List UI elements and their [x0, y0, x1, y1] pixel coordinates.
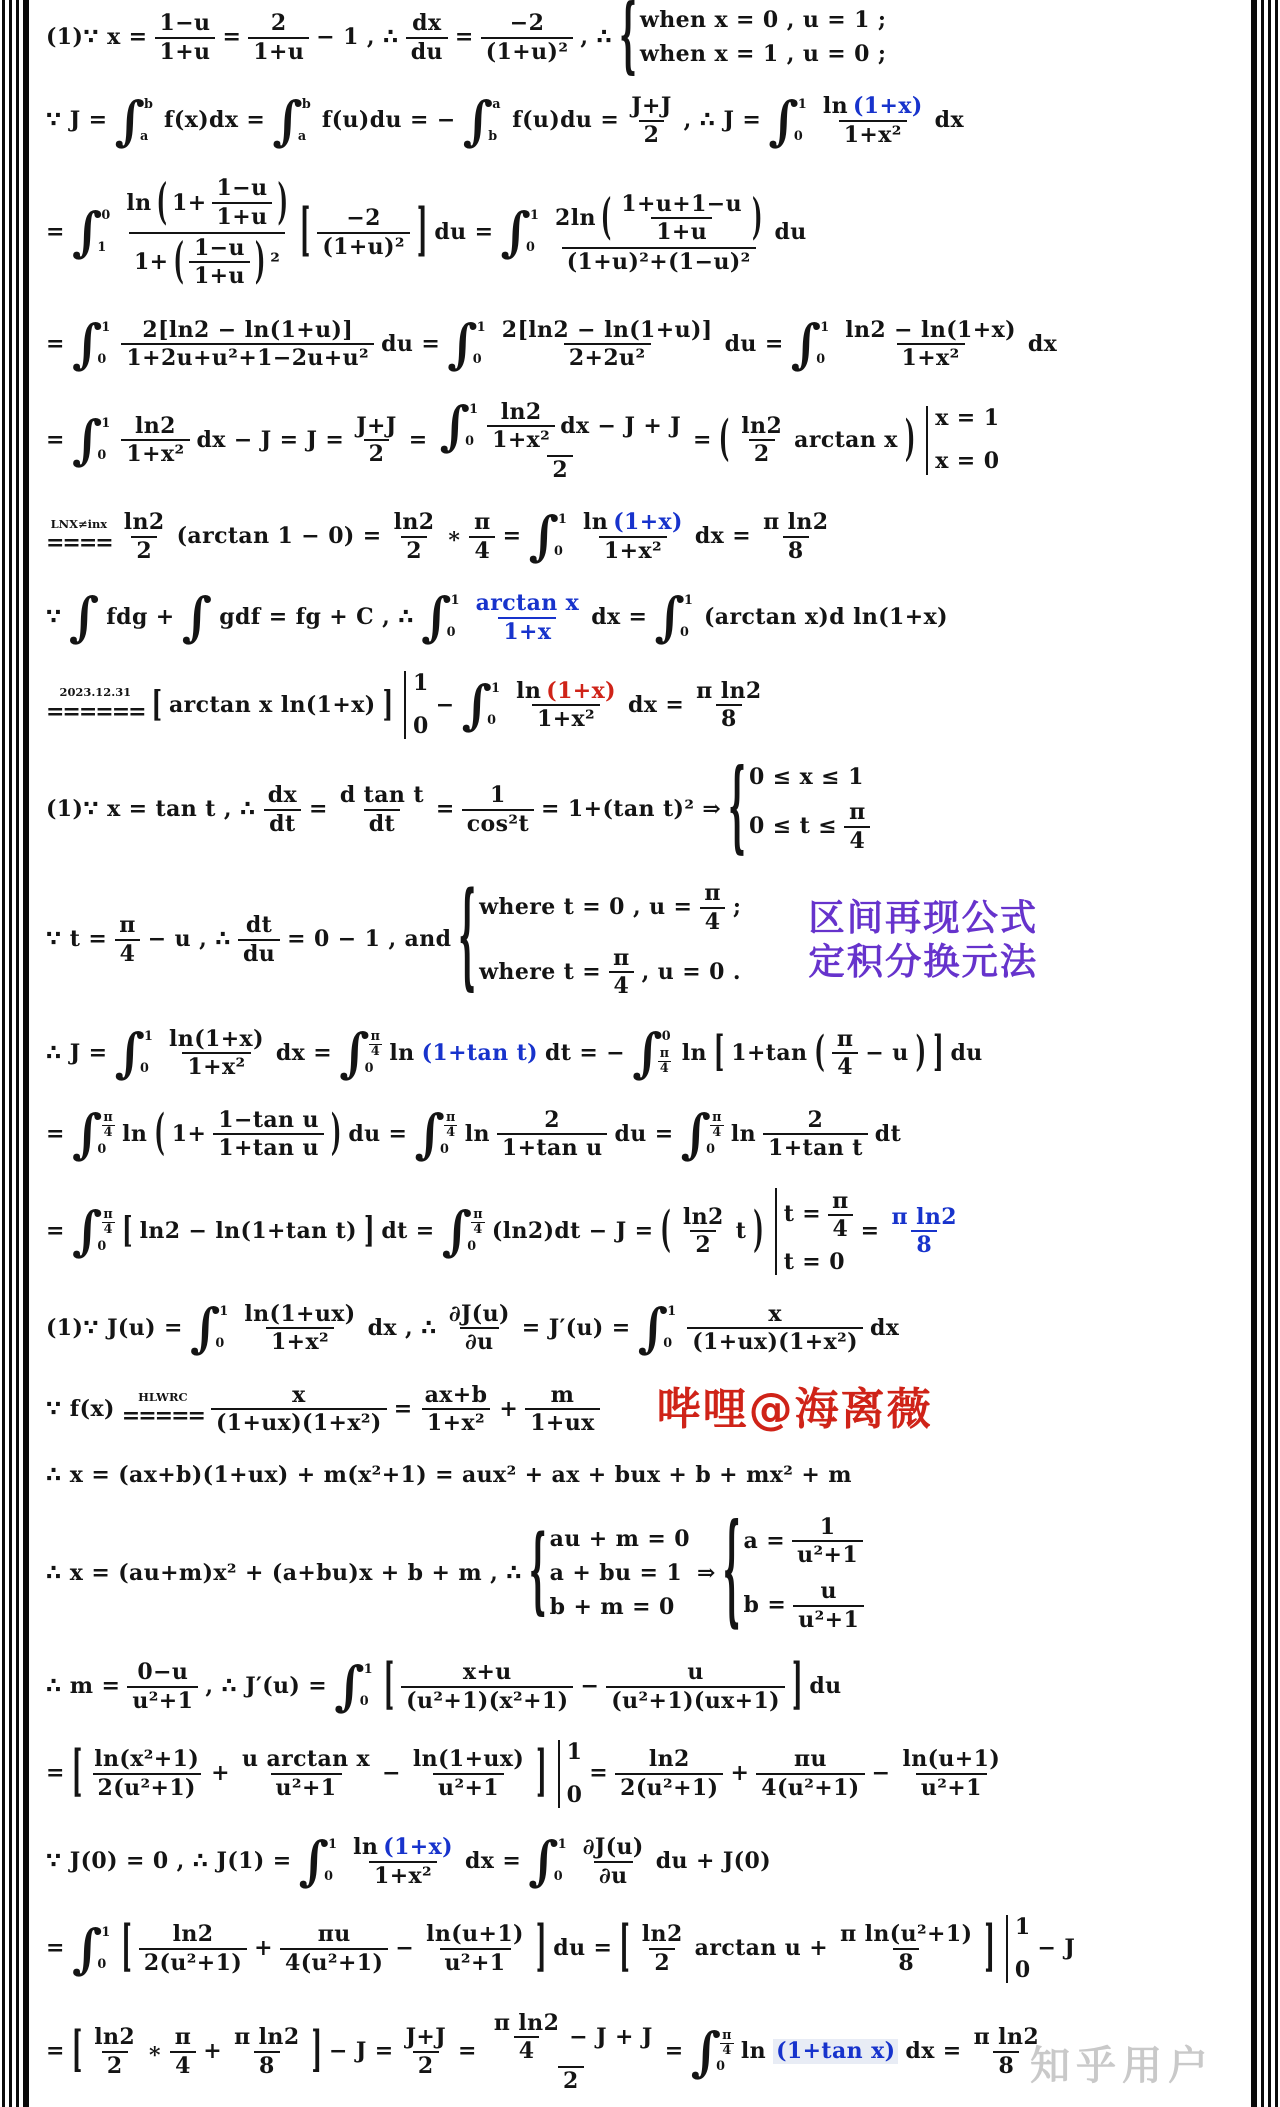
math-text: π [446, 1111, 456, 1125]
fraction: π4 [658, 1047, 672, 1077]
numerator: 2 [266, 10, 292, 37]
integral-limits: 10 [101, 416, 114, 465]
math-text: = [222, 25, 241, 50]
fraction: π4 [608, 945, 635, 1000]
math-text: 4 [660, 1062, 669, 1076]
math-text: 4 [519, 2039, 535, 2064]
math-text: 4 [712, 1126, 721, 1140]
math-text: arctan x ln(1+x) [169, 693, 376, 718]
math-text: = [46, 1122, 65, 1147]
math-text: f(u)du = − [322, 108, 456, 133]
math-text: 2 [754, 442, 770, 467]
math-text: , ∴ [580, 25, 612, 50]
math-text: = [436, 797, 455, 822]
math-text: ln2 − ln(1+tan t) [140, 1219, 357, 1244]
lower-limit: 0 [440, 1143, 449, 1158]
numerator: ∫10ln21+x²dx − J + J [435, 398, 687, 455]
fraction: arctan x1+x [471, 590, 585, 645]
math-text: ln(u+1) [902, 1747, 1000, 1772]
denominator: (u²+1)(ux+1) [606, 1686, 785, 1715]
math-text: 0 [365, 1061, 374, 1076]
math-text: + [211, 1761, 230, 1786]
denominator: 4 [609, 971, 635, 1000]
math-text: 1+x² [537, 707, 595, 732]
numerator: ln(u+1) [421, 1921, 529, 1948]
math-text: 4 [175, 2054, 191, 2079]
integral-limits: 10 [530, 208, 543, 257]
math-line-6: LNX≠inx====ln22(arctan 1 − 0) =ln22∗π4=∫… [46, 509, 1232, 564]
math-text: 2+2u² [569, 346, 646, 371]
math-text: ln2 [649, 1747, 690, 1772]
integral: ∫10 [72, 320, 115, 369]
integral-limits: 10 [558, 512, 571, 561]
integral: ∫10 [791, 320, 834, 369]
text-stack-row: 区间再现公式 [808, 896, 1038, 940]
math-text: 0 [706, 1142, 715, 1157]
denominator: 1+(1−u1+u)² [129, 232, 285, 291]
math-text: (1+u)² [486, 40, 569, 65]
math-text: = [394, 1397, 413, 1422]
denominator: du [238, 939, 280, 968]
denominator: 1+tan u [213, 1133, 324, 1162]
math-text: fdg + [106, 605, 174, 630]
math-text: 1 [1015, 1915, 1031, 1940]
numerator: π [827, 1188, 854, 1215]
math-text: f(x)dx = [164, 108, 265, 133]
big-delimiter: ( [601, 191, 611, 245]
math-text: a [140, 129, 149, 144]
math-text: ln [465, 1122, 490, 1147]
denominator: 4 [720, 2043, 733, 2058]
math-text: (1+x) [613, 510, 683, 535]
upper-limit: 1 [477, 321, 486, 336]
math-line-19: =[ln(x²+1)2(u²+1)+u arctan xu²+1−ln(1+ux… [46, 1740, 1232, 1808]
cases-rows: where t = 0 , u =π4;where t =π4, u = 0 . [479, 880, 741, 1000]
upper-limit: 1 [328, 1838, 337, 1853]
lower-limit: 0 [360, 1695, 369, 1710]
fraction: π4 [101, 1111, 115, 1141]
lower-limit: 0 [716, 2060, 725, 2075]
numerator: π ln2 [758, 509, 833, 536]
math-text: 8 [788, 539, 804, 564]
math-text: π [175, 2025, 192, 2050]
math-text: 1+x² [492, 428, 550, 453]
denominator: u²+1 [916, 1773, 987, 1802]
integral: ∫10 [528, 512, 571, 561]
upper-limit: 1 [530, 209, 539, 224]
lower-limit: 0 [473, 353, 482, 368]
numerator: 2 [539, 1107, 565, 1134]
left-brace-icon: { [723, 1504, 741, 1643]
numerator: J+J [401, 2024, 451, 2051]
math-text: π ln2 [892, 1205, 957, 1230]
fraction: π4 [720, 2029, 734, 2059]
integral: ∫π40 [72, 1207, 115, 1256]
fraction: 0−uu²+1 [127, 1659, 198, 1714]
math-text: 1 [144, 1029, 153, 1044]
big-delimiter: ( [719, 413, 729, 469]
math-text: 1+tan [731, 1041, 807, 1066]
vertical-bar [404, 671, 406, 739]
eval-lower: x = 0 [935, 449, 999, 474]
math-text: 2(u²+1) [144, 1951, 242, 1976]
numerator: ln(1+ux) [239, 1301, 360, 1328]
upper-limit: 1 [491, 682, 500, 697]
fraction: x(1+ux)(1+x²) [211, 1382, 387, 1437]
math-text: ∗ [446, 524, 462, 549]
upper-limit: π4 [471, 1208, 485, 1238]
math-text: 1+2u+u²+1−2u+u² [126, 346, 369, 371]
fraction: ∂J(u)∂u [444, 1301, 515, 1356]
math-text: du = [725, 332, 784, 357]
math-text: 1 [451, 593, 460, 608]
math-text: π [103, 1208, 113, 1222]
math-text: du + J(0) [656, 1849, 771, 1874]
math-text: πu [318, 1922, 351, 1947]
numerator: π [101, 1208, 115, 1222]
fraction: ln22 [119, 509, 170, 564]
fraction: π ln24 [489, 2010, 564, 2065]
integral-limits: 10 [820, 320, 833, 369]
eval-limits: 10 [1015, 1915, 1031, 1983]
integral: ∫10 [638, 1304, 681, 1353]
fraction: 21+u [248, 10, 309, 65]
fraction: J+J2 [351, 413, 401, 468]
math-text: 2[ln2 − ln(1+u)] [142, 318, 353, 343]
integral: ∫π40 [339, 1029, 382, 1078]
denominator: ∂u [594, 1861, 633, 1890]
fraction: π4 [827, 1188, 854, 1243]
lower-limit: 0 [97, 1143, 106, 1158]
integral: ∫ [69, 593, 100, 642]
upper-limit: b [302, 98, 311, 113]
upper-limit: π4 [444, 1111, 458, 1141]
fraction: π4 [369, 1030, 383, 1060]
math-line-16: ∴ x = (ax+b)(1+ux) + m(x²+1) = aux² + ax… [46, 1463, 1232, 1488]
big-delimiter: [ [122, 1211, 132, 1251]
math-text: π [660, 1047, 670, 1061]
math-text: du = [381, 332, 440, 357]
math-text: π [474, 510, 491, 535]
numerator: ln(1+x) [578, 509, 688, 536]
integral: ∫ [182, 593, 213, 642]
denominator: 1+2u+u²+1−2u+u² [121, 343, 374, 372]
numerator: 1−tan u [213, 1107, 324, 1134]
math-text: ln(x²+1) [94, 1747, 199, 1772]
lower-limit: a [298, 130, 307, 145]
integral-sign: ∫ [182, 593, 213, 642]
big-delimiter: [ [384, 1655, 394, 1718]
denominator: 2 [102, 2051, 128, 2080]
denominator: 8 [911, 1230, 937, 1259]
math-text: u²+1 [921, 1776, 982, 1801]
evaluation-bar: x = 1x = 0 [924, 406, 999, 474]
fraction: ln(x²+1)2(u²+1) [89, 1746, 204, 1801]
numerator: ln2 [637, 1921, 688, 1948]
denominator: (1+u)²+(1−u)² [562, 247, 756, 276]
math-line-11: ∴ J =∫10ln(1+x)1+x²dx =∫π40ln(1+tan t)dt… [46, 1026, 1232, 1081]
denominator: 2(u²+1) [139, 1948, 247, 1977]
math-text: 1+ux [530, 1411, 594, 1436]
math-text: − [382, 1761, 401, 1786]
numerator: ln2 [678, 1204, 729, 1231]
denominator: 1+x² [839, 120, 907, 149]
math-text: b = [744, 1593, 787, 1618]
math-text: (1+ux)(1+x²) [692, 1330, 858, 1355]
denominator: 2 [547, 455, 573, 484]
eval-upper: x = 1 [935, 406, 999, 431]
equals-base: ====== [46, 701, 145, 723]
math-text: (1+x) [546, 679, 616, 704]
math-text: ² [270, 250, 280, 275]
numerator: dt [241, 912, 277, 939]
math-text: J+J [356, 414, 396, 439]
integral: ∫ab [463, 97, 506, 146]
denominator: 8 [993, 2051, 1019, 2080]
integral-limits: π40 [369, 1029, 383, 1078]
fraction: π4 [101, 1208, 115, 1238]
math-text: cos²t [467, 812, 529, 837]
numerator: ln(1+x) [348, 1834, 458, 1861]
math-text: 0 [97, 1957, 106, 1972]
denominator: (1+u)² [481, 37, 574, 66]
lower-limit: 0 [97, 353, 106, 368]
cases-group: {au + m = 0a + bu = 1b + m = 0 [529, 1527, 690, 1621]
math-text: ∴ m = [46, 1674, 120, 1699]
fraction: π4 [444, 1111, 458, 1141]
math-text: = [861, 1219, 880, 1244]
math-text: 1 [328, 1837, 337, 1852]
math-text: = [409, 428, 428, 453]
math-text: (1+x) [383, 1835, 453, 1860]
denominator: cos²t [462, 809, 534, 838]
fraction: π4 [170, 2024, 197, 2079]
cases-group: {where t = 0 , u =π4;where t =π4, u = 0 … [458, 880, 741, 1000]
text-stack: 区间再现公式定积分换元法 [808, 896, 1038, 985]
upper-limit: 0 [662, 1030, 671, 1045]
numerator: π [469, 509, 496, 536]
math-text: t = 0 [784, 1250, 845, 1275]
cases-row: a =1u²+1 [744, 1514, 865, 1569]
math-text: − [580, 1674, 599, 1699]
lower-limit: 0 [816, 353, 825, 368]
lower-limit: 0 [554, 1870, 563, 1885]
big-delimiter: ] [984, 1917, 994, 1980]
math-text: du [243, 942, 275, 967]
lower-limit: 0 [365, 1062, 374, 1077]
math-text: 1+x² [902, 346, 960, 371]
math-text: ln2 [394, 510, 435, 535]
vertical-bar [775, 1188, 777, 1276]
evaluation-bar: t =π4t = 0 [773, 1188, 854, 1276]
big-delimiter: ) [916, 1029, 926, 1077]
text-stack: 哔哩@海离薇 [657, 1383, 933, 1437]
math-text: ln2 [683, 1205, 724, 1230]
numerator: 2[ln2 − ln(1+u)] [137, 317, 358, 344]
math-text: ∗ [147, 2039, 163, 2064]
math-text: 0 [215, 1336, 224, 1351]
integral-limits: 10 [491, 681, 504, 730]
denominator: 1+x [498, 617, 556, 646]
numerator: ∂J(u) [444, 1301, 515, 1328]
math-text: ∴ x = (ax+b)(1+ux) + m(x²+1) = aux² + ax… [46, 1463, 852, 1488]
math-text: 2(u²+1) [620, 1776, 718, 1801]
math-text: − J + J [569, 2025, 652, 2050]
math-text: dt [246, 913, 272, 938]
integral-limits: 10 [477, 320, 490, 369]
integral-limits: ba [144, 97, 157, 146]
math-text: ln [389, 1041, 414, 1066]
math-text: 1+x² [126, 442, 184, 467]
math-text: 1+ [134, 250, 169, 275]
math-text: 0 [97, 448, 106, 463]
math-text: 1+u [217, 205, 268, 230]
denominator: 1+ux [525, 1408, 599, 1437]
fraction: ln(1+x)1+x² [348, 1834, 458, 1889]
numerator: π ln(u²+1) [835, 1921, 977, 1948]
math-text: 0 [716, 2059, 725, 2074]
numerator: ln2 [389, 509, 440, 536]
denominator: 2 [558, 2066, 584, 2095]
math-text: 4 [705, 910, 721, 935]
math-text: = [46, 220, 65, 245]
numerator: ln2 [89, 2024, 140, 2051]
upper-limit: 1 [820, 321, 829, 336]
numerator: 1 [815, 1514, 841, 1541]
integral-limits: 10 [364, 1662, 377, 1711]
lower-limit: 1 [97, 241, 106, 256]
math-text: ∴ x = (au+m)x² + (a+bu)x + b + m , ∴ [46, 1561, 522, 1586]
math-text: π ln(u²+1) [840, 1922, 972, 1947]
denominator: 1+x² [369, 1861, 437, 1890]
math-text: where t = 0 , u = [479, 895, 692, 920]
math-line-8: 2023.12.31======[arctan x ln(1+x)]10−∫10… [46, 671, 1232, 739]
math-text: J+J [631, 94, 671, 119]
math-text: 1−u [160, 11, 211, 36]
math-text: dx = [465, 1849, 521, 1874]
math-text: 1 [820, 320, 829, 335]
math-text: π ln2 [234, 2025, 299, 2050]
cases-rows: a =1u²+1b =uu²+1 [744, 1514, 865, 1634]
numerator: π [170, 2024, 197, 2051]
integral: ∫10 [421, 593, 464, 642]
vertical-bar [558, 1740, 560, 1808]
math-text: u²+1 [445, 1951, 506, 1976]
math-line-4: =∫102[ln2 − ln(1+u)]1+2u+u²+1−2u+u²du =∫… [46, 317, 1232, 372]
denominator: 2(u²+1) [93, 1773, 201, 1802]
math-text: 0 [440, 1142, 449, 1157]
upper-limit: 1 [219, 1305, 228, 1320]
numerator: ln(1+ux) [408, 1746, 529, 1773]
math-text: = [46, 1219, 65, 1244]
math-text: u²+1 [132, 1689, 193, 1714]
big-delimiter: ] [536, 1917, 546, 1980]
math-line-17: ∴ x = (au+m)x² + (a+bu)x + b + m , ∴{au … [46, 1514, 1232, 1634]
denominator: 8 [254, 2051, 280, 2080]
math-text: 1 [798, 97, 807, 112]
math-text: ax+b [425, 1383, 488, 1408]
math-text: ∂J(u) [583, 1835, 644, 1860]
math-text: = [458, 2039, 477, 2064]
upper-limit: 1 [558, 1838, 567, 1853]
integral: ∫π40 [72, 1110, 115, 1159]
fraction: dtdu [238, 912, 280, 967]
numerator: π [720, 2029, 734, 2043]
upper-limit: 1 [144, 1030, 153, 1045]
eval-limits: t =π4t = 0 [784, 1188, 854, 1276]
eval-limits: x = 1x = 0 [935, 406, 999, 474]
fraction: 2[ln2 − ln(1+u)]1+2u+u²+1−2u+u² [121, 317, 374, 372]
eval-limits: 10 [413, 671, 429, 739]
equals-base: ==== [46, 532, 112, 554]
numerator: ln(u+1) [897, 1746, 1005, 1773]
math-text: ln(1+ux) [413, 1747, 524, 1772]
math-text: (arctan 1 − 0) = [177, 524, 382, 549]
math-text: 0 [473, 352, 482, 367]
numerator: 2[ln2 − ln(1+u)] [497, 317, 718, 344]
fraction: ln(1+x)1+x² [164, 1026, 269, 1081]
math-text: − u [865, 1041, 908, 1066]
numerator: J+J [626, 93, 676, 120]
math-text: 0 ≤ x ≤ 1 [749, 765, 864, 790]
math-text: (1)∵ x = tan t , ∴ [46, 797, 256, 822]
numerator: π [471, 1208, 485, 1222]
math-text: du = [348, 1122, 407, 1147]
numerator: u arctan x [237, 1746, 375, 1773]
math-text: 1 [219, 1304, 228, 1319]
integral: ∫10 [190, 1304, 233, 1353]
math-text: 1+u [656, 220, 707, 245]
math-text: = [693, 428, 712, 453]
math-text: dx [1028, 332, 1057, 357]
cases-rows: 0 ≤ x ≤ 10 ≤ t ≤π4 [749, 765, 871, 855]
math-text: dt [269, 812, 295, 837]
lower-limit: 0 [465, 435, 474, 449]
math-text: ∵ J = [46, 108, 107, 133]
math-text: u²+1 [276, 1776, 337, 1801]
integral: ∫10 [299, 1837, 342, 1886]
denominator: (1+ux)(1+x²) [211, 1408, 387, 1437]
denominator: 4 [444, 1125, 457, 1140]
math-text: arctan x [794, 428, 898, 453]
denominator: 4 [832, 1052, 858, 1081]
math-text: 1 [558, 512, 567, 527]
math-text: 8 [721, 707, 737, 732]
math-text: + [203, 2039, 222, 2064]
math-text: (1+x) [853, 94, 923, 119]
math-text: u²+1 [438, 1776, 499, 1801]
fraction: ln(1+x)1+x² [578, 509, 688, 564]
math-text: , ∴ J = [684, 108, 762, 133]
math-text: gdf = fg + C , ∴ [219, 605, 414, 630]
denominator: 1+u [651, 217, 712, 246]
integral: ∫π40 [414, 1110, 457, 1159]
math-text: au + m = 0 [550, 1527, 690, 1552]
left-brace-icon: { [728, 753, 746, 867]
math-text: 1 [101, 320, 110, 335]
integral: ∫ba [272, 97, 315, 146]
numerator: π ln24− J + J [484, 2009, 658, 2066]
integral: ∫π40 [681, 1110, 724, 1159]
fraction: ln(1+x)1+x² [818, 93, 928, 148]
text-stack-row: 哔哩@海离薇 [657, 1383, 933, 1437]
denominator: 2+2u² [564, 343, 651, 372]
math-text: when x = 1 , u = 0 ; [640, 42, 887, 67]
equals-annotation: HLWRC [138, 1392, 188, 1403]
denominator: 2 [401, 536, 427, 565]
math-text: ln2 [124, 510, 165, 535]
math-text: = 0 − 1 , and [287, 927, 451, 952]
